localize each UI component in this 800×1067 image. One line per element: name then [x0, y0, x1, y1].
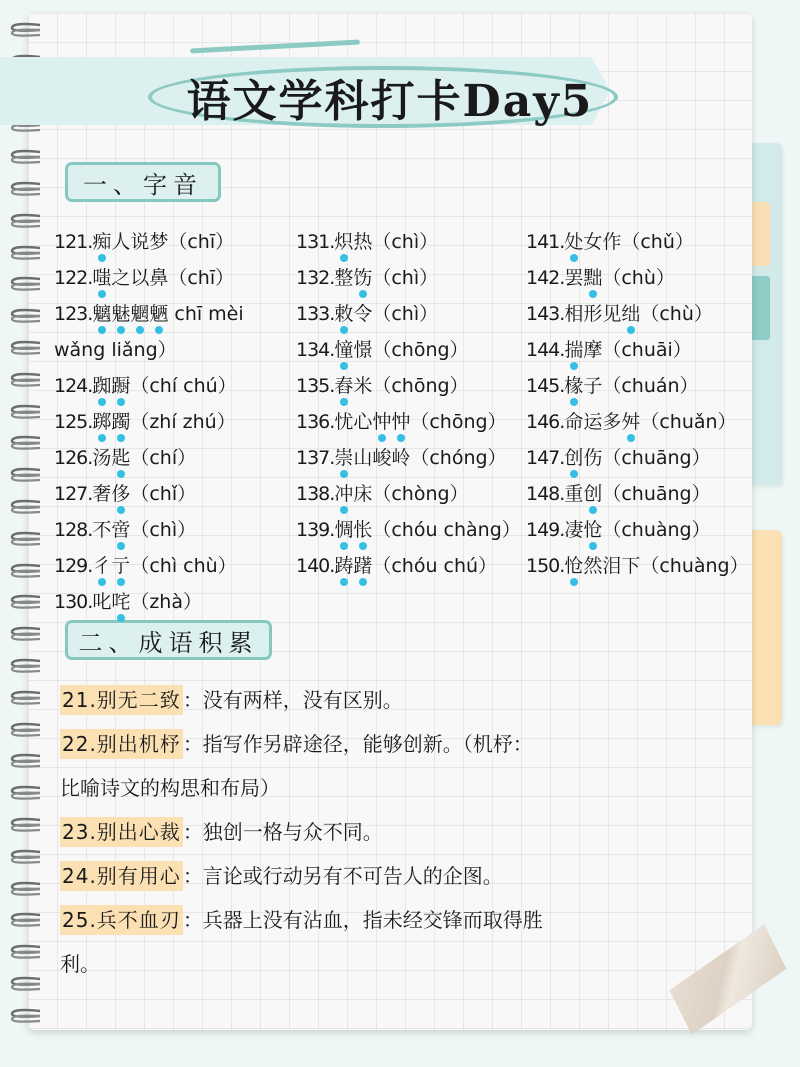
- idiom-item: 25.兵不血刃：兵器上没有沾血，指未经交锋而取得胜: [60, 898, 720, 942]
- item-pinyin: （chì）: [372, 303, 438, 325]
- item-word: 汤匙: [92, 447, 130, 469]
- pronunciation-item: 150.怆然泪下（chuàng）: [526, 548, 749, 584]
- spiral-binding-icon: [8, 531, 42, 547]
- item-word: 创伤: [564, 447, 602, 469]
- item-number: 123.: [54, 303, 92, 325]
- spiral-binding-icon: [8, 690, 42, 706]
- item-pinyin: （chī）: [168, 231, 234, 253]
- spiral-binding-icon: [8, 594, 42, 610]
- idiom-term-highlight: 21.别无二致: [60, 685, 183, 715]
- item-word: 舂米: [334, 375, 372, 397]
- item-pinyin: （chuàng）: [602, 519, 710, 541]
- item-word: 奢侈: [92, 483, 130, 505]
- spiral-binding-icon: [8, 658, 42, 674]
- spiral-binding-icon: [8, 785, 42, 801]
- item-number: 137.: [296, 447, 334, 469]
- idiom-term-highlight: 24.别有用心: [60, 861, 183, 891]
- item-number: 121.: [54, 231, 92, 253]
- item-number: 135.: [296, 375, 334, 397]
- pronunciation-item: 130.叱咤（zhà）: [54, 584, 244, 620]
- spiral-binding-icon: [8, 213, 42, 229]
- pronunciation-column-1: 121.痴人说梦（chī）122.嗤之以鼻（chī）123.魑魅魍魉 chī m…: [54, 224, 244, 620]
- item-pinyin: （chōng）: [372, 339, 468, 361]
- spiral-binding-icon: [8, 1008, 42, 1024]
- spiral-binding-icon: [8, 340, 42, 356]
- idiom-definition-continued: 比喻诗文的构思和布局）: [60, 766, 720, 810]
- pronunciation-item: 129.彳亍（chì chù）: [54, 548, 244, 584]
- emphasis-dot-icon: [570, 578, 578, 586]
- item-word: 凄怆: [564, 519, 602, 541]
- pronunciation-item: 123.魑魅魍魉 chī mèi: [54, 296, 244, 332]
- item-number: 148.: [526, 483, 564, 505]
- item-word: 椽子: [564, 375, 602, 397]
- item-pinyin: （chōng）: [372, 375, 468, 397]
- item-word: 相形见绌: [564, 303, 640, 325]
- item-pinyin: （chì）: [130, 519, 196, 541]
- spiral-binding-icon: [8, 22, 42, 38]
- item-number: 128.: [54, 519, 92, 541]
- pronunciation-item: 138.冲床（chòng）: [296, 476, 521, 512]
- item-word: 魑魅魍魉: [92, 303, 168, 325]
- item-pinyin: （chī）: [168, 267, 234, 289]
- item-pinyin: （chuāng）: [602, 483, 710, 505]
- item-word: 处女作: [564, 231, 621, 253]
- spiral-binding-icon: [8, 944, 42, 960]
- item-word: 踯躅: [92, 411, 130, 433]
- spiral-binding-icon: [8, 626, 42, 642]
- section-heading-idioms: 二、成语积累: [65, 620, 272, 660]
- idiom-definition: ：独创一格与众不同。: [183, 820, 383, 844]
- pronunciation-item: 146.命运多舛（chuǎn）: [526, 404, 749, 440]
- item-pinyin: （chì）: [372, 231, 438, 253]
- item-pinyin: chī mèi: [168, 303, 243, 325]
- item-word: 崇山峻岭: [334, 447, 410, 469]
- item-number: 139.: [296, 519, 334, 541]
- idiom-definition-continued: 利。: [60, 942, 720, 986]
- idiom-term-highlight: 22.别出机杼: [60, 729, 183, 759]
- spiral-binding-icon: [8, 499, 42, 515]
- spiral-binding-icon: [8, 435, 42, 451]
- spiral-binding-icon: [8, 308, 42, 324]
- item-number: 127.: [54, 483, 92, 505]
- spiral-binding-icon: [8, 881, 42, 897]
- page-title: 语文学科打卡Day5: [165, 66, 615, 128]
- item-word: 敕令: [334, 303, 372, 325]
- item-number: 142.: [526, 267, 564, 289]
- item-number: 126.: [54, 447, 92, 469]
- item-number: 132.: [296, 267, 334, 289]
- idiom-list: 21.别无二致：没有两样，没有区别。22.别出机杼：指写作另辟途径，能够创新。（…: [60, 678, 720, 986]
- item-pinyin: （chuán）: [602, 375, 698, 397]
- pronunciation-item: 122.嗤之以鼻（chī）: [54, 260, 244, 296]
- item-pinyin: wǎng liǎng）: [54, 339, 177, 361]
- item-number: 125.: [54, 411, 92, 433]
- item-pinyin: （chù）: [602, 267, 675, 289]
- item-word: 踟蹰: [92, 375, 130, 397]
- item-pinyin: （chì chù）: [130, 555, 236, 577]
- item-pinyin: （chòng）: [372, 483, 468, 505]
- pronunciation-item: 133.敕令（chì）: [296, 296, 521, 332]
- spiral-binding-icon: [8, 181, 42, 197]
- item-number: 149.: [526, 519, 564, 541]
- item-number: 138.: [296, 483, 334, 505]
- item-number: 134.: [296, 339, 334, 361]
- spiral-binding-icon: [8, 976, 42, 992]
- item-number: 141.: [526, 231, 564, 253]
- pronunciation-column-3: 141.处女作（chǔ）142.罢黜（chù）143.相形见绌（chù）144.…: [526, 224, 749, 584]
- item-word: 叱咤: [92, 591, 130, 613]
- item-number: 124.: [54, 375, 92, 397]
- pronunciation-item: 127.奢侈（chǐ）: [54, 476, 244, 512]
- section-heading-pronunciation: 一、字音: [65, 162, 221, 202]
- item-pinyin: （chí chú）: [130, 375, 236, 397]
- pronunciation-item: 149.凄怆（chuàng）: [526, 512, 749, 548]
- spiral-binding-icon: [8, 817, 42, 833]
- pronunciation-item: 124.踟蹰（chí chú）: [54, 368, 244, 404]
- idiom-definition: ：没有两样，没有区别。: [183, 688, 403, 712]
- pronunciation-column-2: 131.炽热（chì）132.整饬（chì）133.敕令（chì）134.憧憬（…: [296, 224, 521, 584]
- item-word: 惆怅: [334, 519, 372, 541]
- spiral-binding-icon: [8, 563, 42, 579]
- item-word: 嗤之以鼻: [92, 267, 168, 289]
- pronunciation-item: 128.不啻（chì）: [54, 512, 244, 548]
- item-number: 131.: [296, 231, 334, 253]
- item-pinyin: （chóng）: [410, 447, 506, 469]
- item-pinyin: （chǔ）: [621, 231, 694, 253]
- spiral-binding-icon: [8, 276, 42, 292]
- item-pinyin: （chóu chàng）: [372, 519, 520, 541]
- pronunciation-item: 140.踌躇（chóu chú）: [296, 548, 521, 584]
- idiom-definition: ：指写作另辟途径，能够创新。（机杼：: [183, 732, 533, 756]
- pronunciation-item: 132.整饬（chì）: [296, 260, 521, 296]
- item-number: 130.: [54, 591, 92, 613]
- spiral-binding-icon: [8, 467, 42, 483]
- item-word: 炽热: [334, 231, 372, 253]
- spiral-binding-icon: [8, 753, 42, 769]
- pronunciation-item: 125.踯躅（zhí zhú）: [54, 404, 244, 440]
- pronunciation-item: 139.惆怅（chóu chàng）: [296, 512, 521, 548]
- emphasis-dot-icon: [359, 578, 367, 586]
- idiom-item: 21.别无二致：没有两样，没有区别。: [60, 678, 720, 722]
- item-pinyin: （zhí zhú）: [130, 411, 235, 433]
- item-pinyin: （chuàng）: [640, 555, 748, 577]
- spiral-binding-icon: [8, 149, 42, 165]
- pronunciation-item: 137.崇山峻岭（chóng）: [296, 440, 521, 476]
- item-number: 133.: [296, 303, 334, 325]
- item-pinyin: （chù）: [640, 303, 713, 325]
- pronunciation-item: 147.创伤（chuāng）: [526, 440, 749, 476]
- item-number: 145.: [526, 375, 564, 397]
- item-pinyin: （chóu chú）: [372, 555, 497, 577]
- emphasis-dot-icon: [340, 578, 348, 586]
- idiom-item: 22.别出机杼：指写作另辟途径，能够创新。（机杼：: [60, 722, 720, 766]
- item-number: 150.: [526, 555, 564, 577]
- item-word: 揣摩: [564, 339, 602, 361]
- item-number: 147.: [526, 447, 564, 469]
- pronunciation-item: 141.处女作（chǔ）: [526, 224, 749, 260]
- item-number: 122.: [54, 267, 92, 289]
- item-word: 痴人说梦: [92, 231, 168, 253]
- item-word: 命运多舛: [564, 411, 640, 433]
- item-word: 忧心忡忡: [334, 411, 410, 433]
- idiom-item: 24.别有用心：言论或行动另有不可告人的企图。: [60, 854, 720, 898]
- item-word: 彳亍: [92, 555, 130, 577]
- spiral-binding-icon: [8, 404, 42, 420]
- spiral-binding-icon: [8, 912, 42, 928]
- spiral-binding-icon: [8, 372, 42, 388]
- pronunciation-item: 144.揣摩（chuāi）: [526, 332, 749, 368]
- item-word: 怆然泪下: [564, 555, 640, 577]
- spiral-binding-icon: [8, 849, 42, 865]
- item-word: 不啻: [92, 519, 130, 541]
- item-number: 129.: [54, 555, 92, 577]
- item-word: 罢黜: [564, 267, 602, 289]
- emphasis-dot-icon: [117, 614, 125, 622]
- item-word: 踌躇: [334, 555, 372, 577]
- item-word: 整饬: [334, 267, 372, 289]
- item-pinyin: （zhà）: [130, 591, 202, 613]
- idiom-item: 23.别出心裁：独创一格与众不同。: [60, 810, 720, 854]
- pronunciation-item: 135.舂米（chōng）: [296, 368, 521, 404]
- item-word: 重创: [564, 483, 602, 505]
- item-pinyin: （chì）: [372, 267, 438, 289]
- item-number: 136.: [296, 411, 334, 433]
- item-number: 144.: [526, 339, 564, 361]
- pronunciation-item: 136.忧心忡忡（chōng）: [296, 404, 521, 440]
- pronunciation-item: 134.憧憬（chōng）: [296, 332, 521, 368]
- idiom-term-highlight: 23.别出心裁: [60, 817, 183, 847]
- idiom-term-highlight: 25.兵不血刃: [60, 905, 183, 935]
- pronunciation-item: 148.重创（chuāng）: [526, 476, 749, 512]
- item-pinyin: （chuǎn）: [640, 411, 736, 433]
- item-pinyin: （chǐ）: [130, 483, 196, 505]
- pronunciation-item: 142.罢黜（chù）: [526, 260, 749, 296]
- item-number: 140.: [296, 555, 334, 577]
- spiral-binding-icon: [8, 722, 42, 738]
- pronunciation-item: 131.炽热（chì）: [296, 224, 521, 260]
- item-pinyin: （chí）: [130, 447, 196, 469]
- pronunciation-item: 121.痴人说梦（chī）: [54, 224, 244, 260]
- item-number: 146.: [526, 411, 564, 433]
- item-pinyin: （chuāi）: [602, 339, 691, 361]
- item-number: 143.: [526, 303, 564, 325]
- spiral-binding-icon: [8, 245, 42, 261]
- idiom-definition: ：言论或行动另有不可告人的企图。: [183, 864, 503, 888]
- item-pinyin: （chōng）: [410, 411, 506, 433]
- item-word: 憧憬: [334, 339, 372, 361]
- idiom-definition: ：兵器上没有沾血，指未经交锋而取得胜: [183, 908, 543, 932]
- pronunciation-item: 143.相形见绌（chù）: [526, 296, 749, 332]
- pronunciation-item: 145.椽子（chuán）: [526, 368, 749, 404]
- pronunciation-item: 126.汤匙（chí）: [54, 440, 244, 476]
- item-word: 冲床: [334, 483, 372, 505]
- item-pinyin: （chuāng）: [602, 447, 710, 469]
- pronunciation-item: wǎng liǎng）: [54, 332, 244, 368]
